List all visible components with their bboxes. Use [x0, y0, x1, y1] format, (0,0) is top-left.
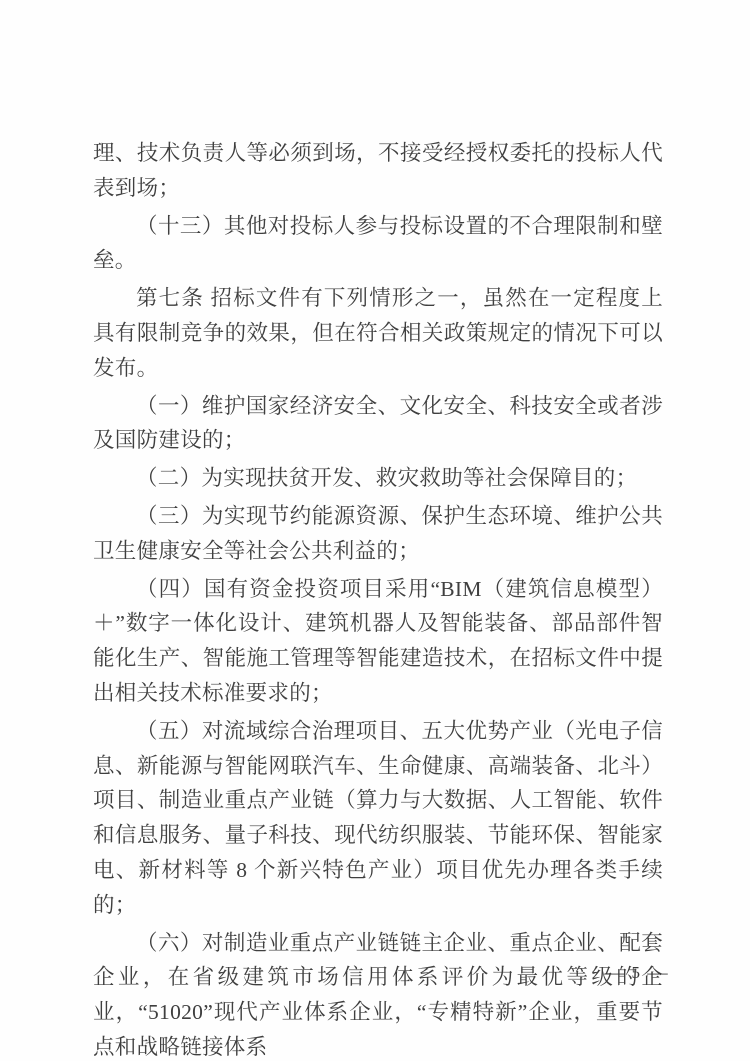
- page-number-value: 5: [632, 963, 641, 983]
- footer-dash-left: —: [604, 963, 624, 983]
- paragraph-item-6: （六）对制造业重点产业链链主企业、重点企业、配套企业，在省级建筑市场信用体系评价…: [93, 926, 663, 1061]
- paragraph-item-5: （五）对流域综合治理项目、五大优势产业（光电子信息、新能源与智能网联汽车、生命健…: [93, 714, 663, 923]
- paragraph-item-3: （三）为实现节约能源资源、保护生态环境、维护公共卫生健康安全等社会公共利益的；: [93, 499, 663, 569]
- paragraph: 理、技术负责人等必须到场，不接受经授权委托的投标人代表到场；: [93, 136, 663, 206]
- paragraph-article-7: 第七条 招标文件有下列情形之一，虽然在一定程度上具有限制竞争的效果，但在符合相关…: [93, 281, 663, 385]
- document-body: 理、技术负责人等必须到场，不接受经授权委托的投标人代表到场； （十三）其他对投标…: [93, 136, 663, 1061]
- paragraph: （十三）其他对投标人参与投标设置的不合理限制和壁垒。: [93, 209, 663, 279]
- footer-dash-right: —: [647, 963, 667, 983]
- paragraph-item-2: （二）为实现扶贫开发、救灾救助等社会保障目的；: [93, 461, 663, 496]
- paragraph-item-4: （四）国有资金投资项目采用“BIM（建筑信息模型）＋”数字一体化设计、建筑机器人…: [93, 572, 663, 711]
- document-page: 理、技术负责人等必须到场，不接受经授权委托的投标人代表到场； （十三）其他对投标…: [0, 0, 750, 1061]
- page-number: —5—: [606, 963, 667, 983]
- paragraph-item-1: （一）维护国家经济安全、文化安全、科技安全或者涉及国防建设的；: [93, 389, 663, 459]
